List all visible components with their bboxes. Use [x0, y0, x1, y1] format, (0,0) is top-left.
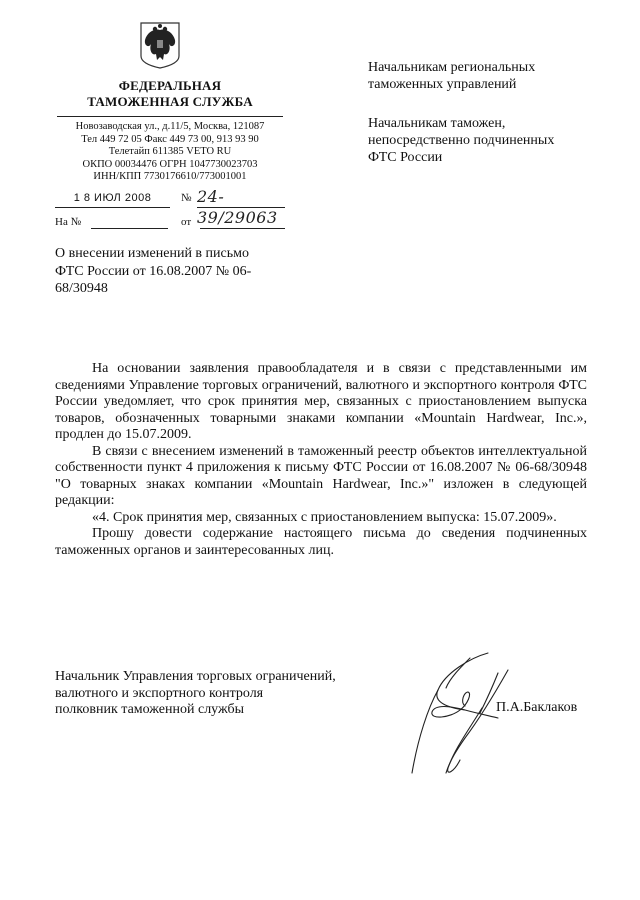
letterhead-address: Новозаводская ул., д.11/5, Москва, 12108… — [55, 121, 285, 184]
subject-line: ФТС России от 16.08.2007 № 06- — [55, 263, 295, 281]
recipient-line: Начальникам региональных — [368, 59, 608, 76]
address-line: Новозаводская ул., д.11/5, Москва, 12108… — [55, 121, 285, 134]
recipient-line: таможенных управлений — [368, 76, 608, 93]
teletype-line: Телетайп 611385 VETO RU — [55, 146, 285, 159]
ref-date-label: от — [181, 216, 191, 228]
phone-line: Тел 449 72 05 Факс 449 73 00, 913 93 90 — [55, 134, 285, 147]
signatory-title: Начальник Управления торговых ограничени… — [55, 669, 375, 719]
body-paragraph: На основании заявления правообладателя и… — [55, 361, 587, 444]
date-number-line: 1 8 ИЮЛ 2008 № 24-39/29063 — [55, 191, 295, 211]
recipient-line: непосредственно подчиненных — [368, 132, 608, 149]
signer-name: П.А.Баклаков — [496, 700, 577, 716]
ref-number-blank — [91, 228, 168, 229]
ref-number-label: На № — [55, 216, 81, 228]
signatory-title-line: полковник таможенной службы — [55, 702, 375, 719]
inn-kpp-line: ИНН/КПП 7730176610/773001001 — [55, 171, 285, 184]
letter-body: На основании заявления правообладателя и… — [55, 361, 587, 559]
letter-number: 24-39/29063 — [197, 186, 285, 208]
ref-date-blank — [200, 228, 285, 229]
subject-line: О внесении изменений в письмо — [55, 245, 295, 263]
coat-of-arms-emblem — [137, 20, 183, 70]
organization-name: ФЕДЕРАЛЬНАЯ ТАМОЖЕННАЯ СЛУЖБА — [60, 78, 280, 110]
recipient-line: Начальникам таможен, — [368, 115, 608, 132]
signatory-title-line: валютного и экспортного контроля — [55, 686, 375, 703]
body-paragraph: В связи с внесением изменений в таможенн… — [55, 444, 587, 510]
letter-subject: О внесении изменений в письмо ФТС России… — [55, 245, 295, 298]
subject-line: 68/30948 — [55, 280, 295, 298]
handwritten-signature — [410, 648, 510, 778]
signatory-title-line: Начальник Управления торговых ограничени… — [55, 669, 375, 686]
reference-line: На № от — [55, 214, 295, 234]
recipient-block-2: Начальникам таможен, непосредственно под… — [368, 115, 608, 166]
letter-date: 1 8 ИЮЛ 2008 — [55, 191, 170, 208]
recipient-line: ФТС России — [368, 149, 608, 166]
org-line-2: ТАМОЖЕННАЯ СЛУЖБА — [60, 94, 280, 110]
body-paragraph: «4. Срок принятия мер, связанных с приос… — [55, 510, 587, 527]
number-label: № — [181, 192, 192, 204]
body-paragraph: Прошу довести содержание настоящего пись… — [55, 526, 587, 559]
okpo-ogrn-line: ОКПО 00034476 ОГРН 1047730023703 — [55, 159, 285, 172]
org-line-1: ФЕДЕРАЛЬНАЯ — [60, 78, 280, 94]
recipient-block-1: Начальникам региональных таможенных упра… — [368, 59, 608, 93]
letterhead-divider — [57, 116, 283, 117]
